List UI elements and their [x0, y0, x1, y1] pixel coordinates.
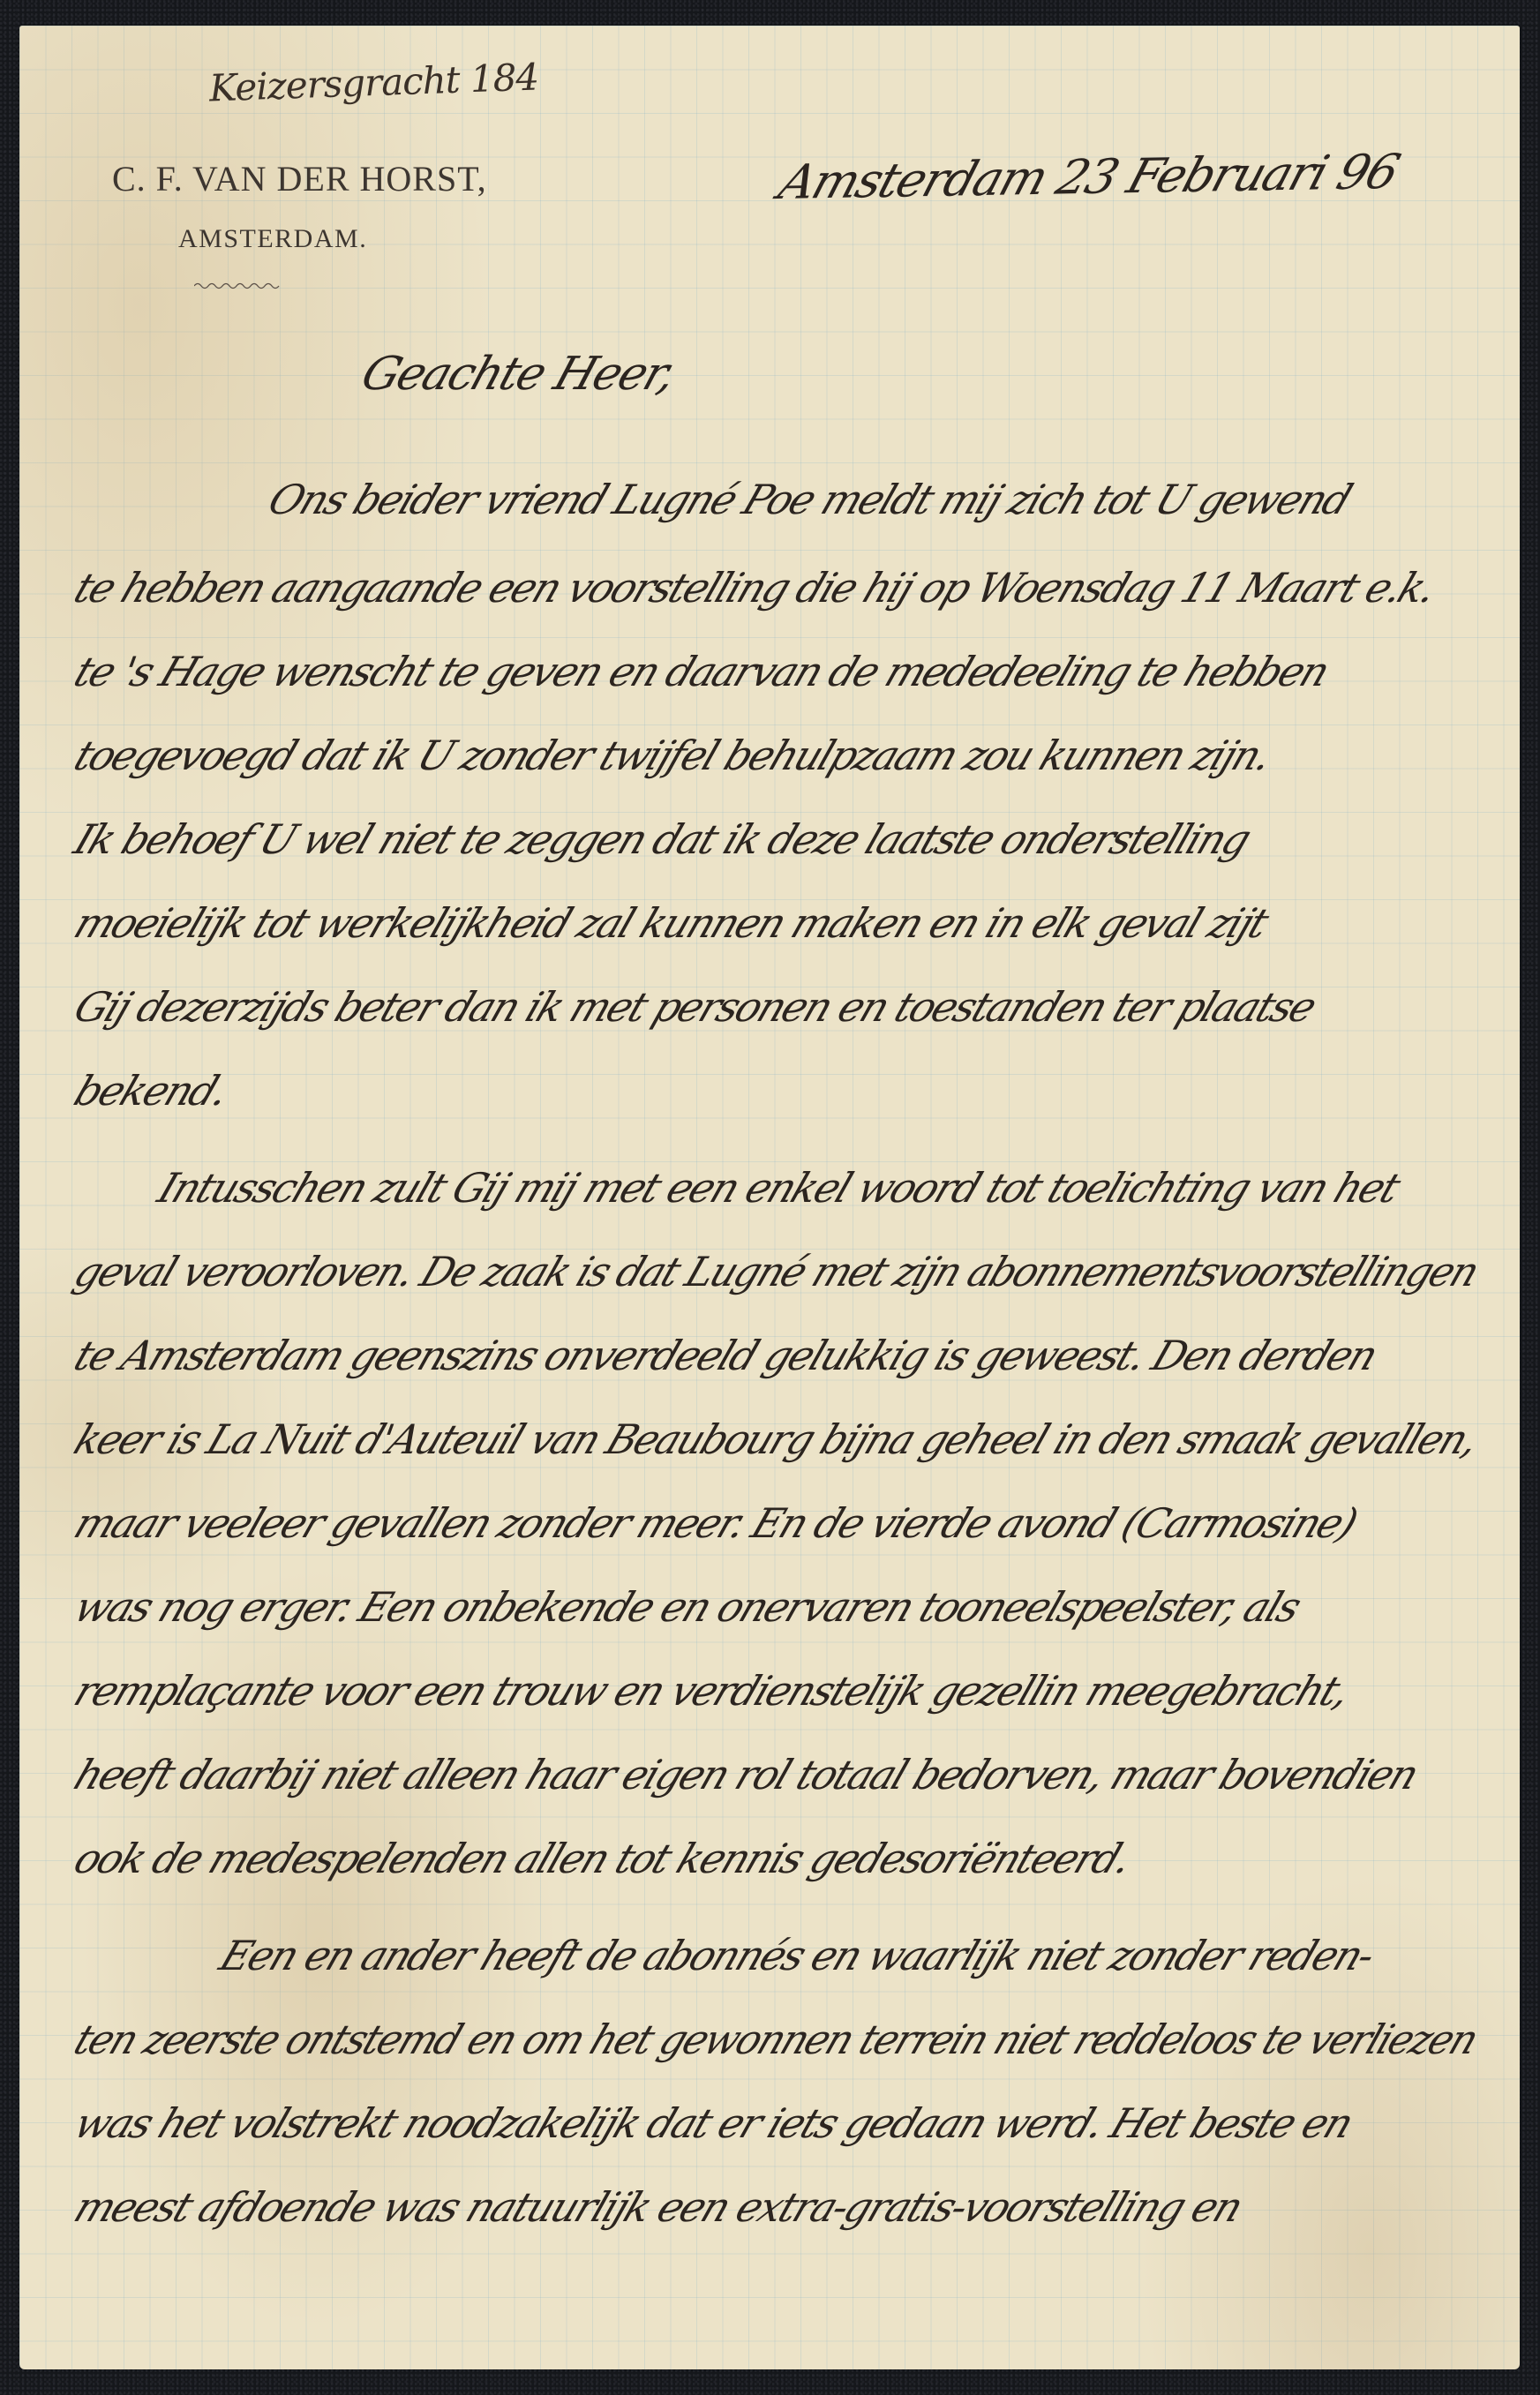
body-line: te Amsterdam geenszins onverdeeld gelukk…: [68, 1332, 1383, 1379]
body-line: was het volstrekt noodzakelijk dat er ie…: [68, 2099, 1358, 2147]
body-line: te 's Hage wenscht te geven en daarvan d…: [68, 648, 1334, 695]
body-line: ook de medespelenden allen tot kennis ge…: [68, 1835, 1138, 1882]
body-line: was nog erger. Een onbekende en onervare…: [68, 1583, 1306, 1631]
body-line: maar veeleer gevallen zonder meer. En de…: [68, 1499, 1363, 1547]
body-line: geval veroorloven. De zaak is dat Lugné …: [68, 1248, 1484, 1295]
body-line: bekend.: [68, 1067, 234, 1115]
printed-sender-city: AMSTERDAM.: [178, 224, 367, 254]
body-line: meest afdoende was natuurlijk een extra-…: [68, 2183, 1248, 2231]
body-line: ten zeerste ontstemd en om het gewonnen …: [68, 2016, 1484, 2063]
body-line: Een en ander heeft de abonnés en waarlij…: [214, 1932, 1380, 1979]
body-line: te hebben aangaande een voorstelling die…: [68, 564, 1442, 612]
body-line: moeielijk tot werkelijkheid zal kunnen m…: [68, 899, 1273, 947]
body-line: toegevoegd dat ik U zonder twijfel behul…: [68, 732, 1277, 779]
date-line: Amsterdam 23 Februari 96: [772, 144, 1404, 210]
salutation: Geachte Heer,: [355, 348, 681, 401]
body-line: keer is La Nuit d'Auteuil van Beaubourg …: [68, 1415, 1484, 1463]
body-line: Ik behoef U wel niet te zeggen dat ik de…: [68, 815, 1256, 863]
body-line: heeft daarbij niet alleen haar eigen rol…: [68, 1751, 1424, 1798]
body-line: Intusschen zult Gij mij met een enkel wo…: [152, 1164, 1405, 1212]
body-line: Gij dezerzijds beter dan ik met personen…: [68, 983, 1321, 1031]
letter-paper: Keizersgracht 184 C. F. VAN DER HORST, A…: [19, 26, 1520, 2369]
handwritten-address: Keizersgracht 184: [208, 56, 539, 110]
body-line: remplaçante voor een trouw en verdienste…: [68, 1667, 1356, 1715]
body-line: Ons beider vriend Lugné Poe meldt mij zi…: [262, 476, 1357, 523]
wavy-rule-icon: [194, 282, 282, 290]
printed-sender-name: C. F. VAN DER HORST,: [112, 158, 487, 199]
